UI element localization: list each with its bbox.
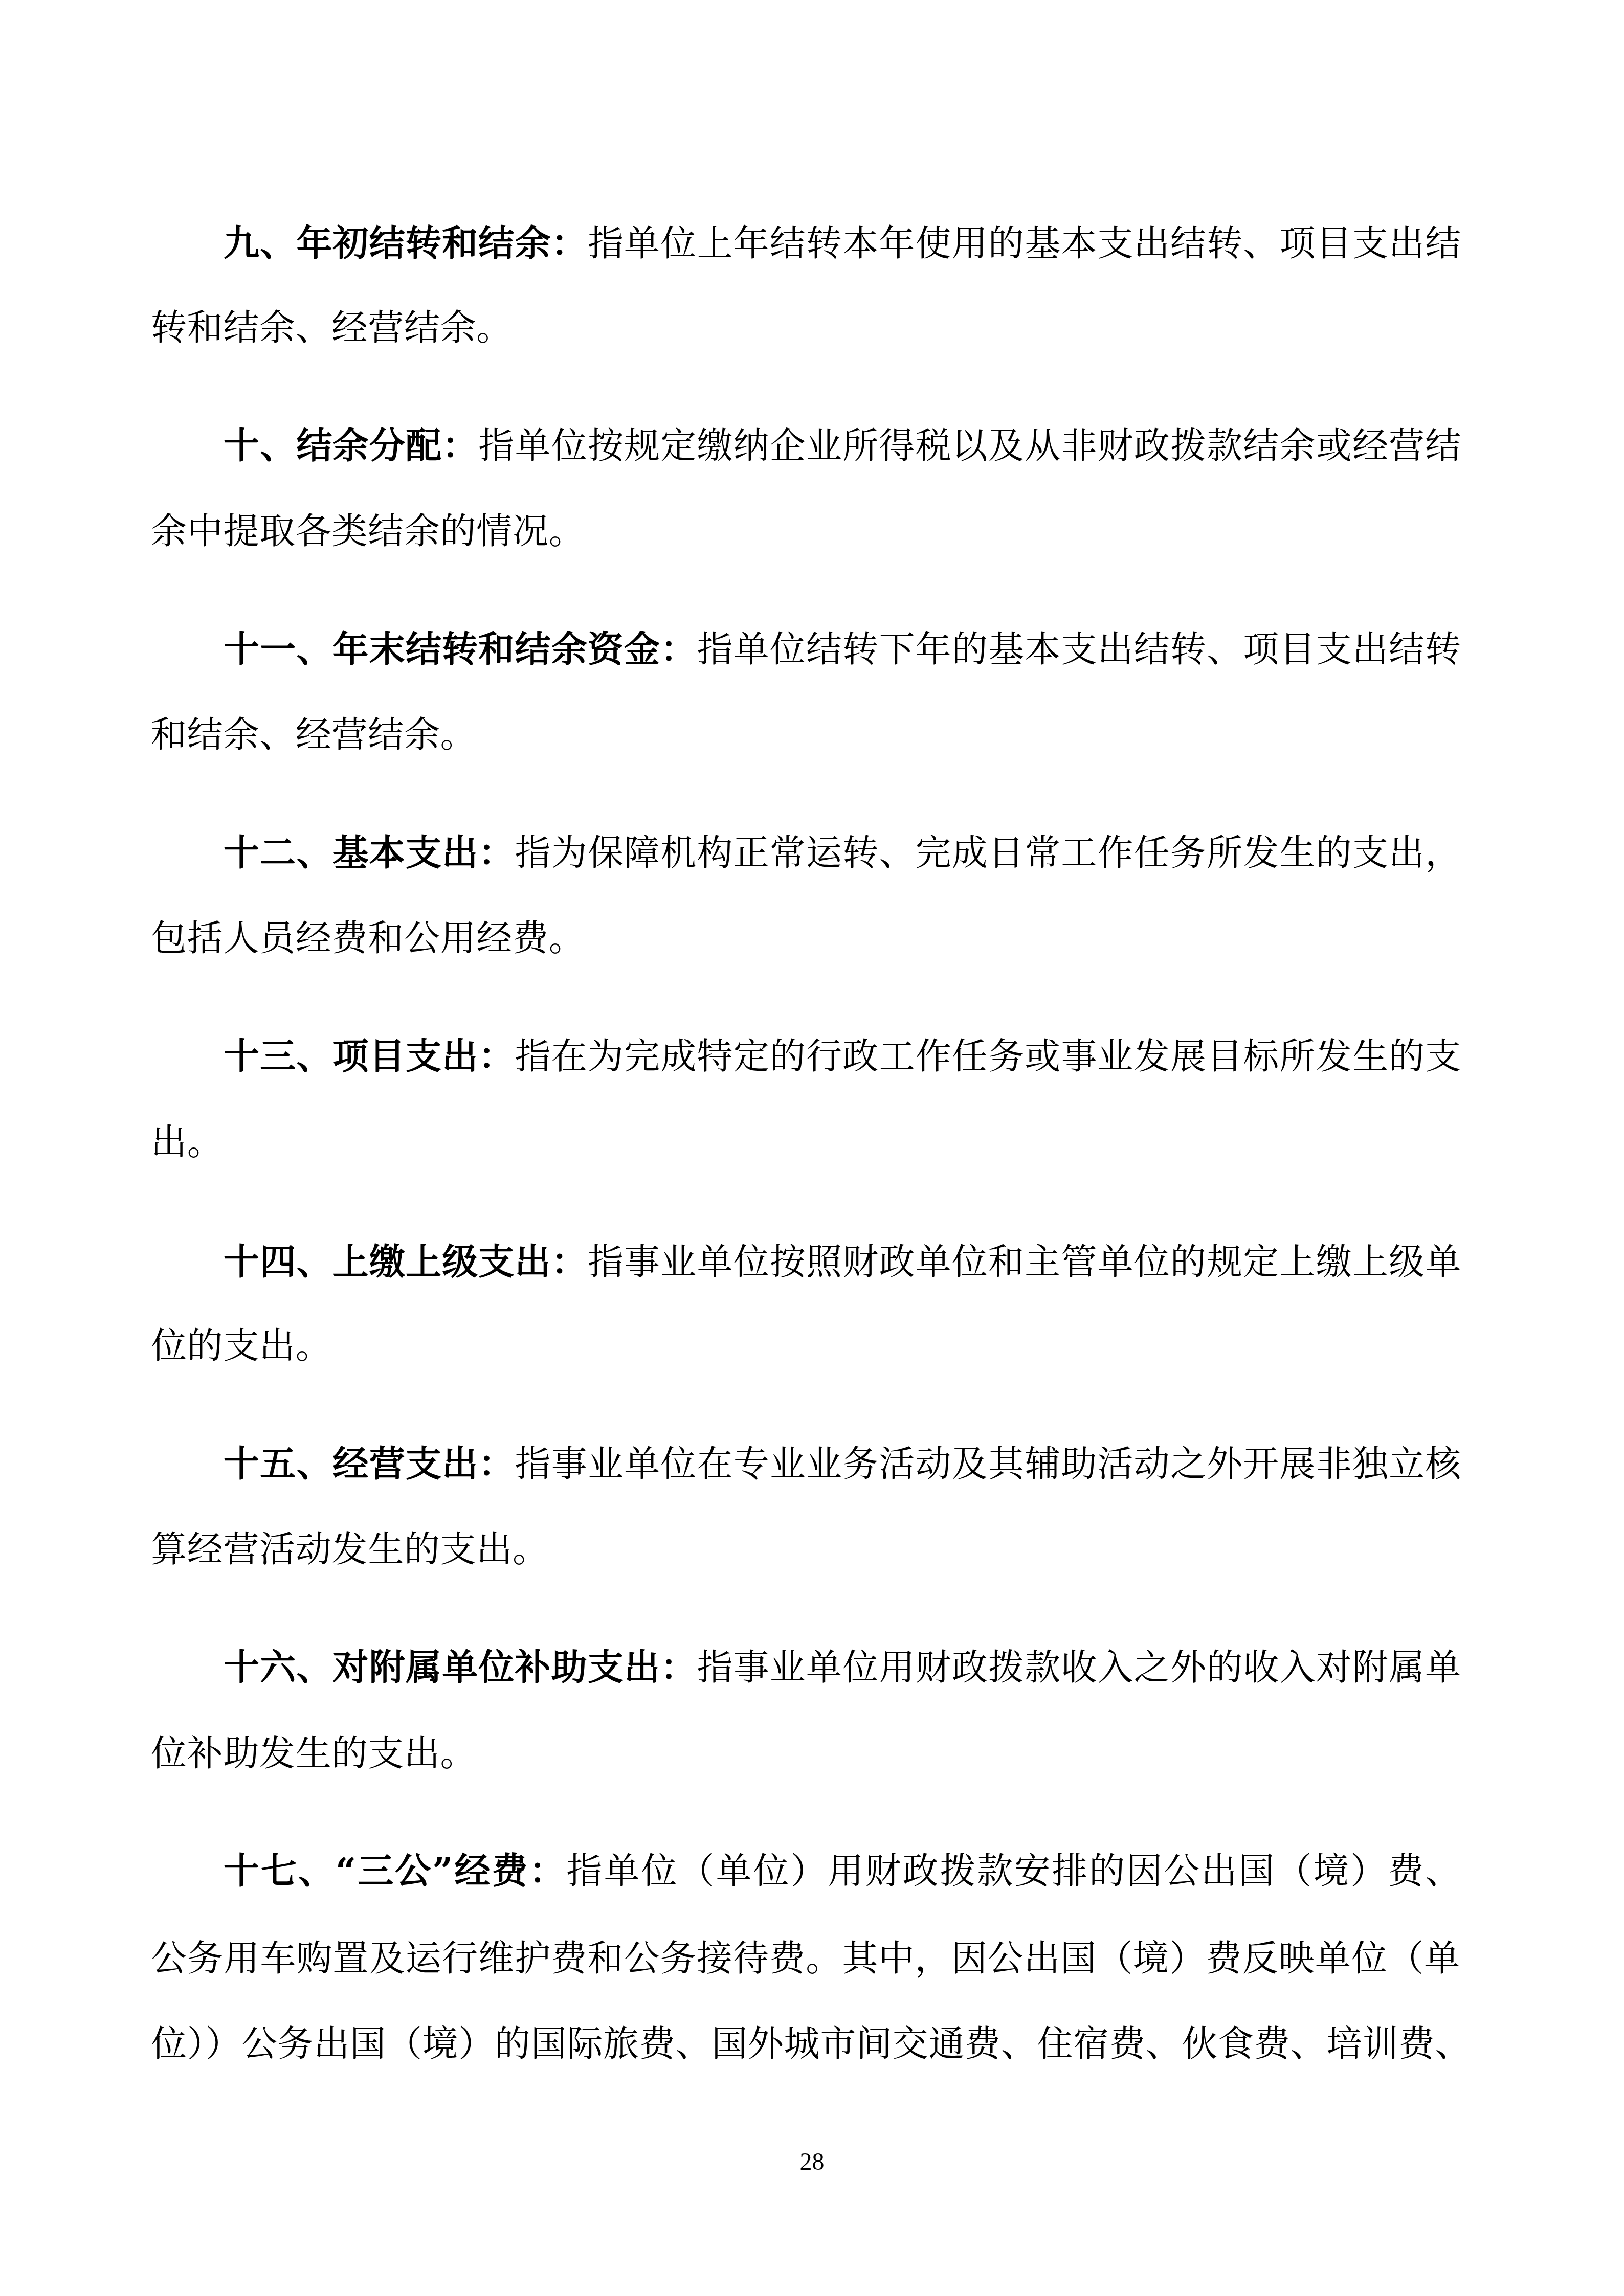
paragraph-10-line-1: 十、结余分配：指单位按规定缴纳企业所得税以及从非财政拨款结余或经营结: [224, 420, 1461, 471]
term-heading: 十二、基本支出：: [224, 831, 515, 874]
term-heading: 十四、上缴上级支出：: [224, 1241, 588, 1283]
paragraph-9-line-1: 九、年初结转和结余：指单位上年结转本年使用的基本支出结转、项目支出结: [224, 218, 1461, 269]
paragraph-11-line-1: 十一、年末结转和结余资金：指单位结转下年的基本支出结转、项目支出结转: [224, 624, 1461, 675]
paragraph-text: 指单位（单位）用财政拨款安排的因公出国（境）费、: [566, 1850, 1461, 1892]
paragraph-16-line-2: 位补助发生的支出。: [151, 1728, 1460, 1779]
term-heading: 十七、“三公”经费：: [224, 1850, 566, 1892]
paragraph-text: 指事业单位用财政拨款收入之外的收入对附属单: [697, 1647, 1461, 1689]
term-heading: 十五、经营支出：: [224, 1443, 515, 1485]
paragraph-text: 指事业单位在专业业务活动及其辅助活动之外开展非独立核: [515, 1443, 1461, 1485]
page-number: 28: [0, 2148, 1624, 2176]
paragraph-text: 指单位结转下年的基本支出结转、项目支出结转: [697, 628, 1461, 670]
paragraph-13-line-2: 出。: [151, 1117, 1460, 1168]
paragraph-text: 指单位按规定缴纳企业所得税以及从非财政拨款结余或经营结: [478, 425, 1461, 467]
term-heading: 十一、年末结转和结余资金：: [224, 628, 697, 670]
paragraph-12-line-1: 十二、基本支出：指为保障机构正常运转、完成日常工作任务所发生的支出，: [224, 827, 1461, 879]
paragraph-text: 指在为完成特定的行政工作任务或事业发展目标所发生的支: [515, 1036, 1461, 1077]
term-heading: 九、年初结转和结余：: [224, 222, 588, 264]
paragraph-15-line-2: 算经营活动发生的支出。: [151, 1524, 1460, 1575]
paragraph-16-line-1: 十六、对附属单位补助支出：指事业单位用财政拨款收入之外的收入对附属单: [224, 1642, 1461, 1693]
paragraph-text: 指为保障机构正常运转、完成日常工作任务所发生的支出，: [515, 832, 1461, 874]
paragraph-12-line-2: 包括人员经费和公用经费。: [151, 913, 1460, 964]
paragraph-10-line-2: 余中提取各类结余的情况。: [151, 506, 1460, 557]
term-heading: 十、结余分配：: [224, 424, 478, 467]
document-page: 九、年初结转和结余：指单位上年结转本年使用的基本支出结转、项目支出结 转和结余、…: [0, 0, 1624, 2296]
paragraph-17-line-2: 公务用车购置及运行维护费和公务接待费。其中，因公出国（境）费反映单位（单: [151, 1933, 1460, 1984]
paragraph-text: 指事业单位按照财政单位和主管单位的规定上缴上级单: [588, 1241, 1461, 1283]
term-heading: 十三、项目支出：: [224, 1035, 515, 1077]
paragraph-9-line-2: 转和结余、经营结余。: [151, 302, 1460, 353]
paragraph-13-line-1: 十三、项目支出：指在为完成特定的行政工作任务或事业发展目标所发生的支: [224, 1031, 1461, 1082]
paragraph-17-line-3: 位））公务出国（境）的国际旅费、国外城市间交通费、住宿费、伙食费、培训费、: [151, 2018, 1460, 2069]
term-heading: 十六、对附属单位补助支出：: [224, 1646, 697, 1689]
paragraph-11-line-2: 和结余、经营结余。: [151, 709, 1460, 760]
paragraph-15-line-1: 十五、经营支出：指事业单位在专业业务活动及其辅助活动之外开展非独立核: [224, 1438, 1461, 1490]
paragraph-text: 指单位上年结转本年使用的基本支出结转、项目支出结: [588, 222, 1461, 264]
paragraph-17-line-1: 十七、“三公”经费：指单位（单位）用财政拨款安排的因公出国（境）费、: [224, 1845, 1461, 1897]
paragraph-14-line-2: 位的支出。: [151, 1320, 1460, 1371]
paragraph-14-line-1: 十四、上缴上级支出：指事业单位按照财政单位和主管单位的规定上缴上级单: [224, 1236, 1461, 1288]
